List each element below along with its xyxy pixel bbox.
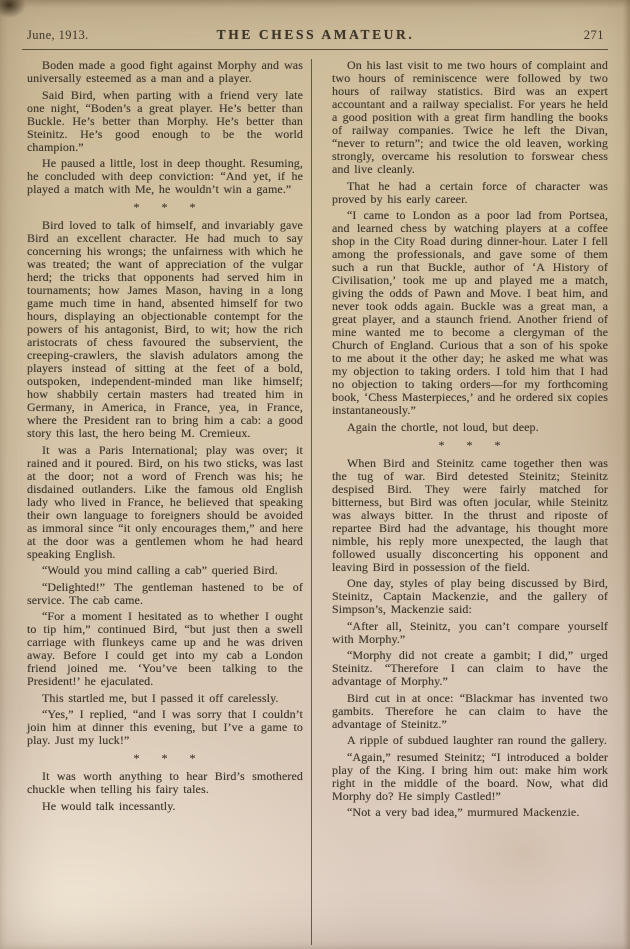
paragraph: On his last visit to me two hours of com… [332, 59, 608, 176]
article-body: Boden made a good fight against Morphy a… [0, 50, 630, 945]
paragraph: “I came to London as a poor lad from Por… [332, 209, 608, 417]
section-divider: * * * [27, 201, 303, 214]
paragraph: “Again,” resumed Steinitz; “I introduced… [332, 751, 608, 803]
paragraph: It was worth anything to hear Bird’s smo… [27, 770, 303, 796]
paragraph: It was a Paris International; play was o… [27, 444, 303, 561]
paragraph: That he had a certain force of character… [332, 180, 608, 206]
paragraph: He would talk incessantly. [27, 800, 303, 813]
section-divider: * * * [332, 439, 608, 452]
magazine-page: June, 1913. THE CHESS AMATEUR. 271 Boden… [0, 0, 630, 949]
column-divider-rule [311, 59, 312, 945]
left-column: Boden made a good fight against Morphy a… [27, 59, 303, 945]
paragraph: This startled me, but I passed it off ca… [27, 692, 303, 705]
paragraph: “Would you mind calling a cab” queried B… [27, 564, 303, 577]
paragraph: One day, styles of play being discussed … [332, 577, 608, 616]
paragraph: He paused a little, lost in deep thought… [27, 157, 303, 196]
publication-title: THE CHESS AMATEUR. [217, 27, 415, 43]
page-number: 271 [414, 28, 604, 43]
paragraph: A ripple of subdued laughter ran round t… [332, 734, 608, 747]
paragraph: Again the chortle, not loud, but deep. [332, 421, 608, 434]
section-divider: * * * [27, 752, 303, 765]
paragraph: “After all, Steinitz, you can’t compare … [332, 620, 608, 646]
paragraph: Said Bird, when parting with a friend ve… [27, 89, 303, 154]
right-column: On his last visit to me two hours of com… [332, 59, 608, 945]
paragraph: “Not a very bad idea,” murmured Mackenzi… [332, 806, 608, 819]
paragraph: “Yes,” I replied, “and I was sorry that … [27, 708, 303, 747]
paragraph: Bird loved to talk of himself, and invar… [27, 219, 303, 440]
page-header: June, 1913. THE CHESS AMATEUR. 271 [0, 0, 630, 43]
paragraph: “Morphy did not create a gambit; I did,”… [332, 649, 608, 688]
issue-date: June, 1913. [27, 28, 217, 43]
paragraph: “For a moment I hesitated as to whether … [27, 610, 303, 688]
paragraph: Bird cut in at once: “Blackmar has inven… [332, 692, 608, 731]
paragraph: When Bird and Steinitz came together the… [332, 457, 608, 574]
paragraph: Boden made a good fight against Morphy a… [27, 59, 303, 85]
paragraph: “Delighted!” The gentleman hastened to b… [27, 581, 303, 607]
